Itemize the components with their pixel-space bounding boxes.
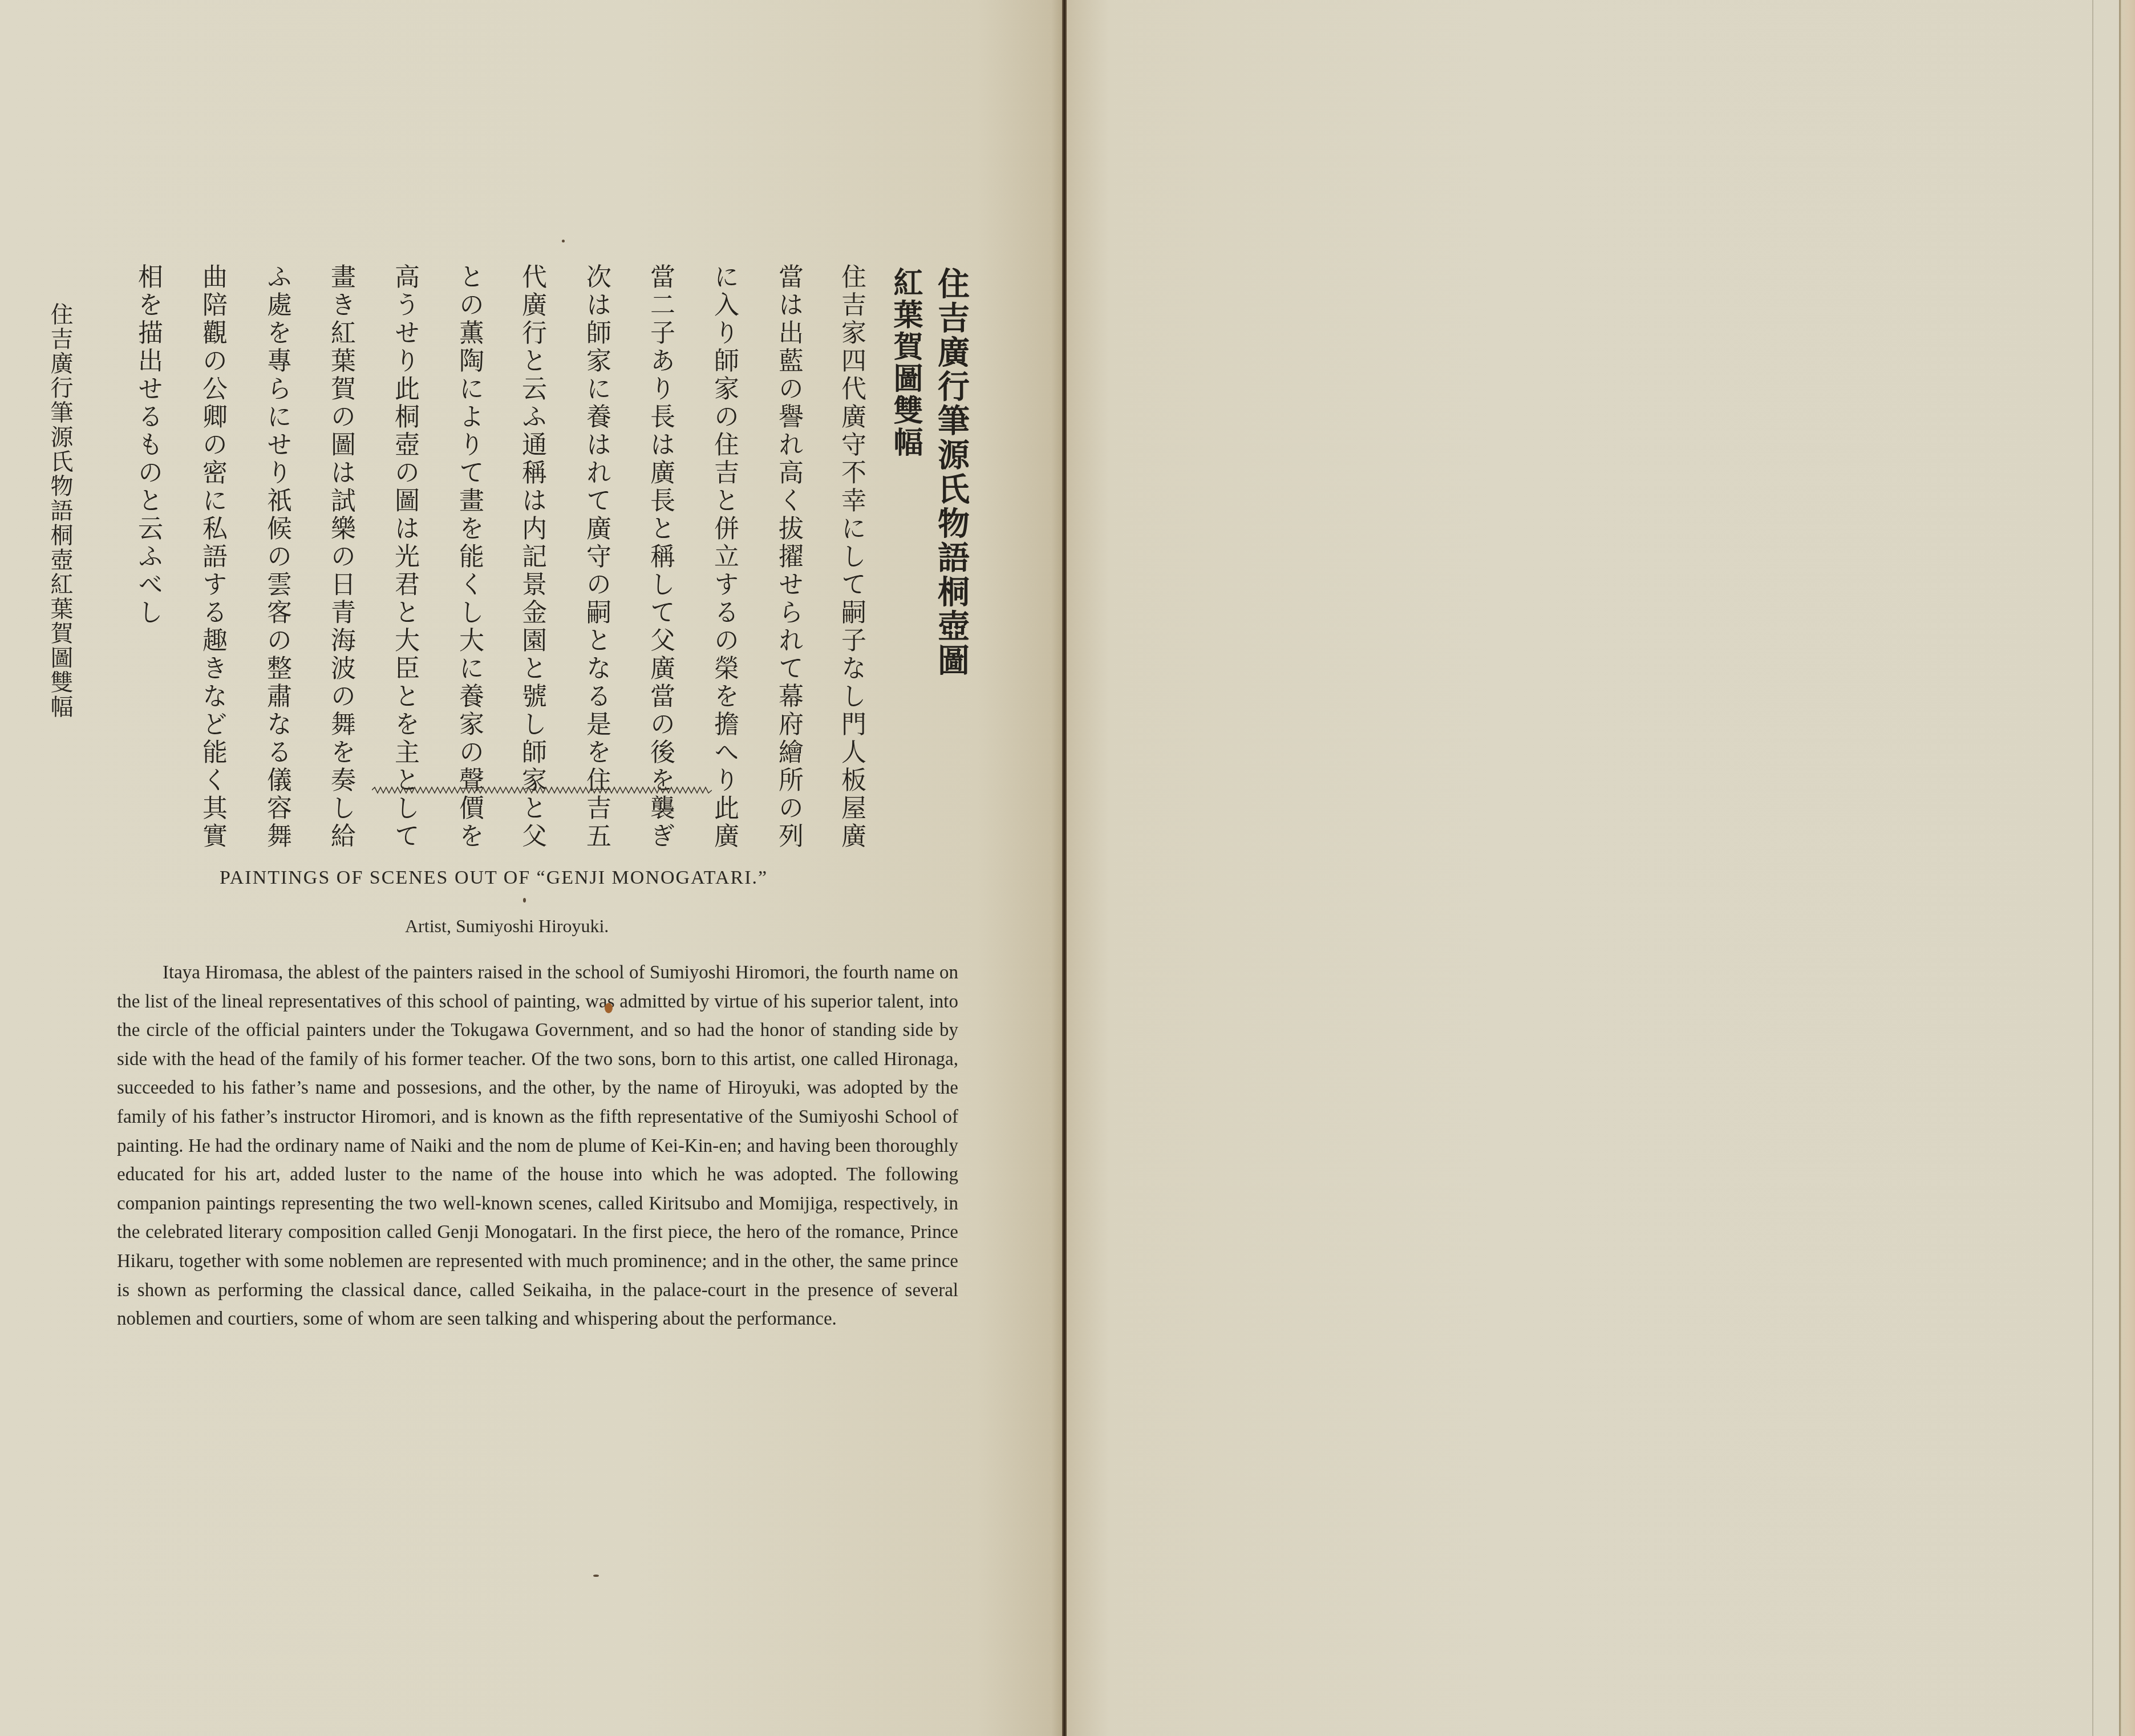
page-edge-fold bbox=[2119, 0, 2135, 1736]
jp-body-column: 當は出藍の譽れ高く拔擢せられて幕府繪所の列 bbox=[773, 264, 804, 851]
jp-body-column: 當二子あり長は廣長と稱して父廣當の後を襲ぎ bbox=[645, 264, 675, 851]
paper-speck bbox=[523, 898, 526, 903]
jp-body-column: 畫き紅葉賀の圖は試樂の日青海波の舞を奏し給 bbox=[325, 264, 356, 851]
artist-credit: Artist, Sumiyoshi Hiroyuki. bbox=[405, 916, 609, 937]
wavy-divider-ornament bbox=[372, 786, 712, 794]
paper-speck bbox=[562, 240, 565, 242]
jp-subtitle: 紅葉賀圖雙幅 bbox=[885, 267, 925, 459]
page-edge-line bbox=[2092, 0, 2093, 1736]
left-page: 住吉廣行筆源氏物語桐壺圖 紅葉賀圖雙幅 住吉家四代廣守不幸にして嗣子なし門人板屋… bbox=[0, 0, 1062, 1736]
jp-body-column: 相を描出せるものと云ふべし bbox=[132, 264, 163, 627]
book-gutter bbox=[1062, 0, 1067, 1736]
paper-speck bbox=[593, 1575, 599, 1577]
jp-body-column: 住吉家四代廣守不幸にして嗣子なし門人板屋廣 bbox=[836, 264, 866, 851]
right-page bbox=[1067, 0, 2135, 1736]
jp-body-column: に入り師家の住吉と併立するの榮を擔へり此廣 bbox=[708, 264, 739, 851]
jp-body-column: 高うせり此桐壺の圖は光君と大臣とを主として bbox=[389, 264, 420, 851]
english-body-paragraph: Itaya Hiromasa, the ablest of the painte… bbox=[117, 958, 958, 1334]
jp-body-column: 次は師家に養はれて廣守の嗣となる是を住吉五 bbox=[581, 264, 611, 851]
jp-body-column: ふ處を專らにせり祇候の雲客の整肅なる儀容舞 bbox=[261, 264, 292, 851]
english-title: PAINTINGS OF SCENES OUT OF “GENJI MONOGA… bbox=[220, 867, 847, 889]
jp-title: 住吉廣行筆源氏物語桐壺圖 bbox=[931, 267, 971, 678]
running-header: 住吉廣行筆源氏物語桐壺紅葉賀圖雙幅 bbox=[46, 302, 74, 719]
paper-stain bbox=[605, 1003, 613, 1013]
jp-body-column: 曲陪觀の公卿の密に私語する趣きなど能く其實 bbox=[197, 264, 228, 851]
jp-body-column: との薫陶によりて畫を能くし大に養家の聲價を bbox=[453, 264, 484, 851]
jp-body-column: 代廣行と云ふ通稱は内記景金園と號し師家と父 bbox=[516, 264, 547, 851]
